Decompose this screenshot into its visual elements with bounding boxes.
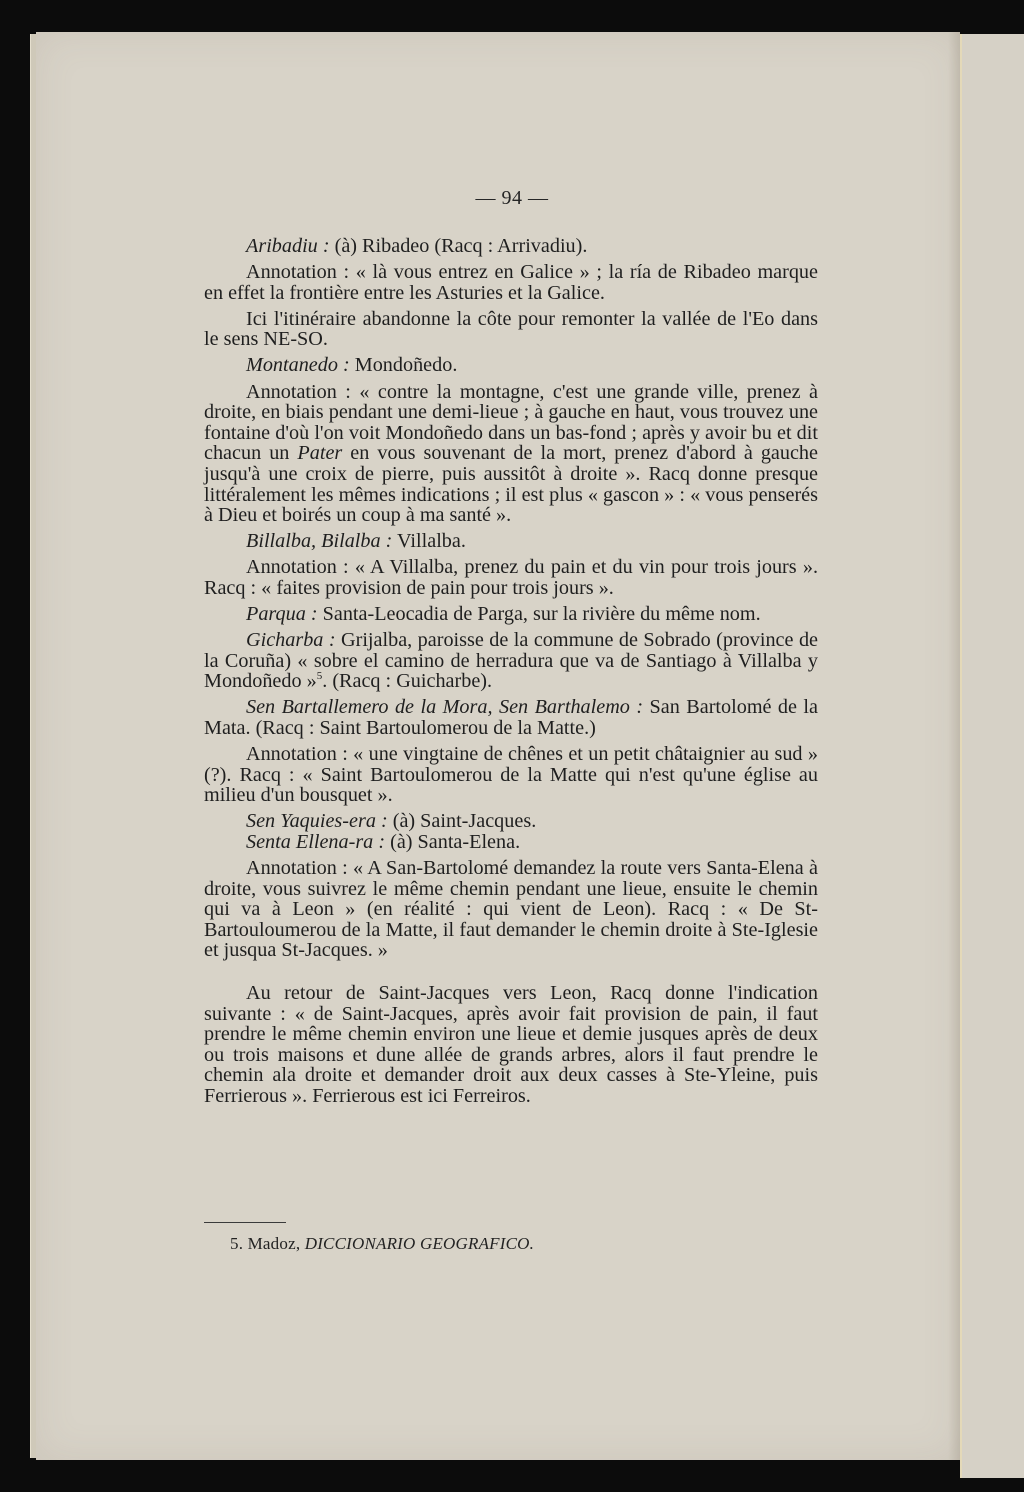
entry-gicharba: Gicharba : Grijalba, paroisse de la comm… (204, 630, 818, 692)
annotation-paragraph: Annotation : « A San-Bartolomé demandez … (204, 858, 818, 961)
entry-parqua: Parqua : Santa-Leocadia de Parga, sur la… (204, 604, 818, 625)
entry-text: (à) Ribadeo (Racq : Arrivadiu). (330, 235, 588, 257)
body-paragraph: Au retour de Saint-Jacques vers Leon, Ra… (204, 983, 818, 1107)
annotation-paragraph: Annotation : « là vous entrez en Galice … (204, 262, 818, 303)
entry-term: Aribadiu : (246, 235, 330, 257)
entry-term: Montanedo : (246, 354, 350, 376)
entry-text: Santa-Leocadia de Parga, sur la rivière … (318, 603, 761, 625)
annotation-paragraph: Annotation : « une vingtaine de chênes e… (204, 744, 818, 806)
book-page-right (960, 34, 1024, 1478)
entry-text: . (Racq : Guicharbe). (322, 670, 492, 692)
footnote: 5. Madoz, DICCIONARIO GEOGRAFICO. (230, 1234, 534, 1254)
entry-text: Villalba. (392, 530, 466, 552)
annotation-paragraph: Annotation : « A Villalba, prenez du pai… (204, 557, 818, 598)
footnote-divider (204, 1222, 286, 1223)
entry-term: Billalba, Bilalba : (246, 530, 392, 552)
page-number: — 94 — (0, 187, 1024, 210)
footnote-number: 5. (230, 1234, 243, 1253)
body-paragraph: Ici l'itinéraire abandonne la côte pour … (204, 309, 818, 350)
gutter-shadow (948, 32, 960, 1460)
entry-text: (à) Saint-Jacques. (388, 810, 537, 832)
entry-aribadiu: Aribadiu : (à) Ribadeo (Racq : Arrivadiu… (204, 236, 818, 257)
entry-term: Sen Bartallemero de la Mora, Sen Barthal… (246, 696, 643, 718)
entry-text: Mondoñedo. (350, 354, 458, 376)
annotation-paragraph: Annotation : « contre la montagne, c'est… (204, 382, 818, 526)
footnote-title: DICCIONARIO GEOGRAFICO. (305, 1234, 534, 1253)
entry-term: Gicharba : (246, 629, 336, 651)
entry-senta-ellena: Senta Ellena-ra : (à) Santa-Elena. (204, 832, 818, 853)
entry-billalba: Billalba, Bilalba : Villalba. (204, 531, 818, 552)
entry-term: Senta Ellena-ra : (246, 831, 385, 853)
entry-term: Parqua : (246, 603, 318, 625)
footnote-author: Madoz, (243, 1234, 305, 1253)
entry-montanedo: Montanedo : Mondoñedo. (204, 355, 818, 376)
entry-text: (à) Santa-Elena. (385, 831, 520, 853)
italic-word: Pater (297, 442, 342, 464)
entry-term: Sen Yaquies-era : (246, 810, 388, 832)
body-text: Aribadiu : (à) Ribadeo (Racq : Arrivadiu… (204, 236, 818, 1112)
entry-sen-yaquies: Sen Yaquies-era : (à) Saint-Jacques. (204, 811, 818, 832)
entry-sen-bartallemero: Sen Bartallemero de la Mora, Sen Barthal… (204, 697, 818, 738)
